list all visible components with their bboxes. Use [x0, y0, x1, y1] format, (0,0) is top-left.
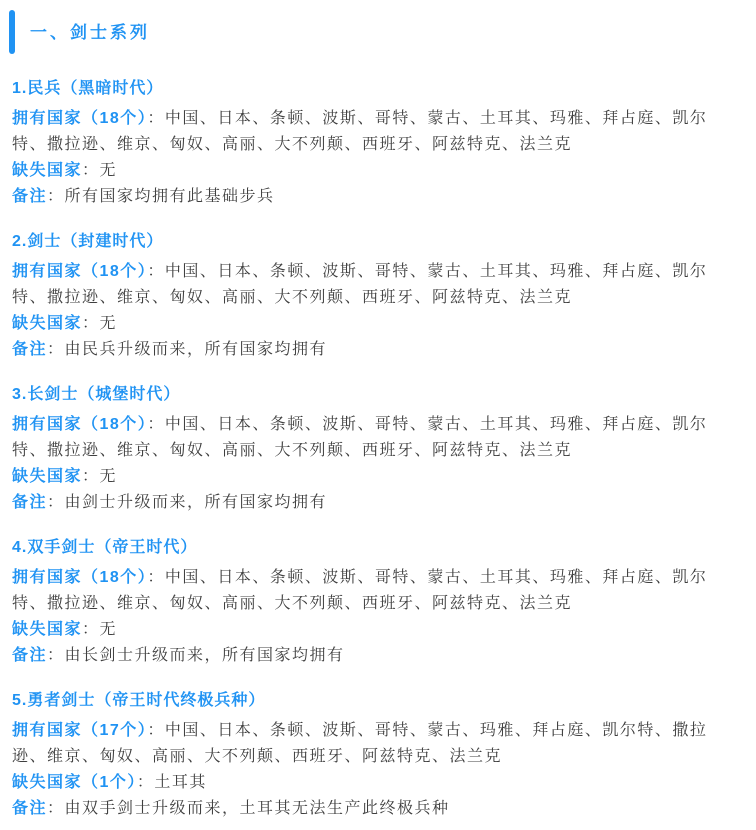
owned-countries-label: 拥有国家（18个） [12, 569, 147, 586]
unit-heading: 1.民兵（黑暗时代） [12, 80, 736, 98]
owned-countries-line: 拥有国家（18个）：中国、日本、条顿、波斯、哥特、蒙古、土耳其、玛雅、拜占庭、凯… [12, 565, 736, 617]
missing-countries-label: 缺失国家 [12, 468, 82, 485]
colon-separator: ： [82, 315, 100, 332]
owned-countries-label: 拥有国家（18个） [12, 416, 147, 433]
document-header: 一、剑士系列 [0, 0, 756, 54]
unit-heading: 2.剑士（封建时代） [12, 233, 736, 251]
colon-separator: ： [47, 188, 65, 205]
owned-countries-line: 拥有国家（18个）：中国、日本、条顿、波斯、哥特、蒙古、土耳其、玛雅、拜占庭、凯… [12, 259, 736, 311]
colon-separator: ： [147, 110, 165, 127]
unit-section-militia: 1.民兵（黑暗时代） 拥有国家（18个）：中国、日本、条顿、波斯、哥特、蒙古、土… [12, 80, 736, 210]
note-value: 所有国家均拥有此基础步兵 [65, 188, 275, 205]
colon-separator: ： [47, 800, 65, 817]
missing-countries-label: 缺失国家（1个） [12, 774, 137, 791]
missing-countries-line: 缺失国家：无 [12, 617, 736, 643]
colon-separator: ： [147, 722, 165, 739]
unit-heading: 3.长剑士（城堡时代） [12, 386, 736, 404]
missing-countries-value: 无 [100, 315, 118, 332]
colon-separator: ： [82, 621, 100, 638]
colon-separator: ： [82, 468, 100, 485]
colon-separator: ： [82, 162, 100, 179]
accent-bar [9, 10, 15, 54]
missing-countries-line: 缺失国家（1个）：土耳其 [12, 770, 736, 796]
missing-countries-value: 无 [100, 468, 118, 485]
document-page: 一、剑士系列 1.民兵（黑暗时代） 拥有国家（18个）：中国、日本、条顿、波斯、… [0, 0, 756, 830]
unit-section-longswordsman: 3.长剑士（城堡时代） 拥有国家（18个）：中国、日本、条顿、波斯、哥特、蒙古、… [12, 386, 736, 516]
missing-countries-value: 无 [100, 621, 118, 638]
note-value: 由剑士升级而来，所有国家均拥有 [65, 494, 328, 511]
owned-countries-line: 拥有国家（17个）：中国、日本、条顿、波斯、哥特、蒙古、玛雅、拜占庭、凯尔特、撒… [12, 718, 736, 770]
note-line: 备注：由长剑士升级而来，所有国家均拥有 [12, 643, 736, 669]
note-label: 备注 [12, 647, 47, 664]
missing-countries-label: 缺失国家 [12, 315, 82, 332]
owned-countries-label: 拥有国家（18个） [12, 263, 147, 280]
missing-countries-value: 无 [100, 162, 118, 179]
note-label: 备注 [12, 341, 47, 358]
note-value: 由民兵升级而来，所有国家均拥有 [65, 341, 328, 358]
missing-countries-line: 缺失国家：无 [12, 464, 736, 490]
missing-countries-line: 缺失国家：无 [12, 158, 736, 184]
note-line: 备注：由民兵升级而来，所有国家均拥有 [12, 337, 736, 363]
unit-heading: 5.勇者剑士（帝王时代终极兵种） [12, 692, 736, 710]
note-label: 备注 [12, 188, 47, 205]
owned-countries-line: 拥有国家（18个）：中国、日本、条顿、波斯、哥特、蒙古、土耳其、玛雅、拜占庭、凯… [12, 106, 736, 158]
colon-separator: ： [47, 494, 65, 511]
colon-separator: ： [47, 341, 65, 358]
colon-separator: ： [147, 263, 165, 280]
note-line: 备注：由双手剑士升级而来，土耳其无法生产此终极兵种 [12, 796, 736, 822]
missing-countries-label: 缺失国家 [12, 162, 82, 179]
note-value: 由长剑士升级而来，所有国家均拥有 [65, 647, 345, 664]
colon-separator: ： [147, 416, 165, 433]
document-content: 1.民兵（黑暗时代） 拥有国家（18个）：中国、日本、条顿、波斯、哥特、蒙古、土… [12, 80, 736, 822]
owned-countries-label: 拥有国家（17个） [12, 722, 147, 739]
owned-countries-label: 拥有国家（18个） [12, 110, 147, 127]
missing-countries-value: 土耳其 [154, 774, 207, 791]
unit-section-twohanded-swordsman: 4.双手剑士（帝王时代） 拥有国家（18个）：中国、日本、条顿、波斯、哥特、蒙古… [12, 539, 736, 669]
page-title: 一、剑士系列 [30, 24, 150, 41]
unit-section-champion: 5.勇者剑士（帝王时代终极兵种） 拥有国家（17个）：中国、日本、条顿、波斯、哥… [12, 692, 736, 822]
note-line: 备注：所有国家均拥有此基础步兵 [12, 184, 736, 210]
missing-countries-label: 缺失国家 [12, 621, 82, 638]
note-label: 备注 [12, 800, 47, 817]
unit-heading: 4.双手剑士（帝王时代） [12, 539, 736, 557]
missing-countries-line: 缺失国家：无 [12, 311, 736, 337]
note-value: 由双手剑士升级而来，土耳其无法生产此终极兵种 [65, 800, 450, 817]
colon-separator: ： [47, 647, 65, 664]
note-label: 备注 [12, 494, 47, 511]
unit-section-swordsman: 2.剑士（封建时代） 拥有国家（18个）：中国、日本、条顿、波斯、哥特、蒙古、土… [12, 233, 736, 363]
colon-separator: ： [147, 569, 165, 586]
note-line: 备注：由剑士升级而来，所有国家均拥有 [12, 490, 736, 516]
owned-countries-line: 拥有国家（18个）：中国、日本、条顿、波斯、哥特、蒙古、土耳其、玛雅、拜占庭、凯… [12, 412, 736, 464]
colon-separator: ： [137, 774, 155, 791]
